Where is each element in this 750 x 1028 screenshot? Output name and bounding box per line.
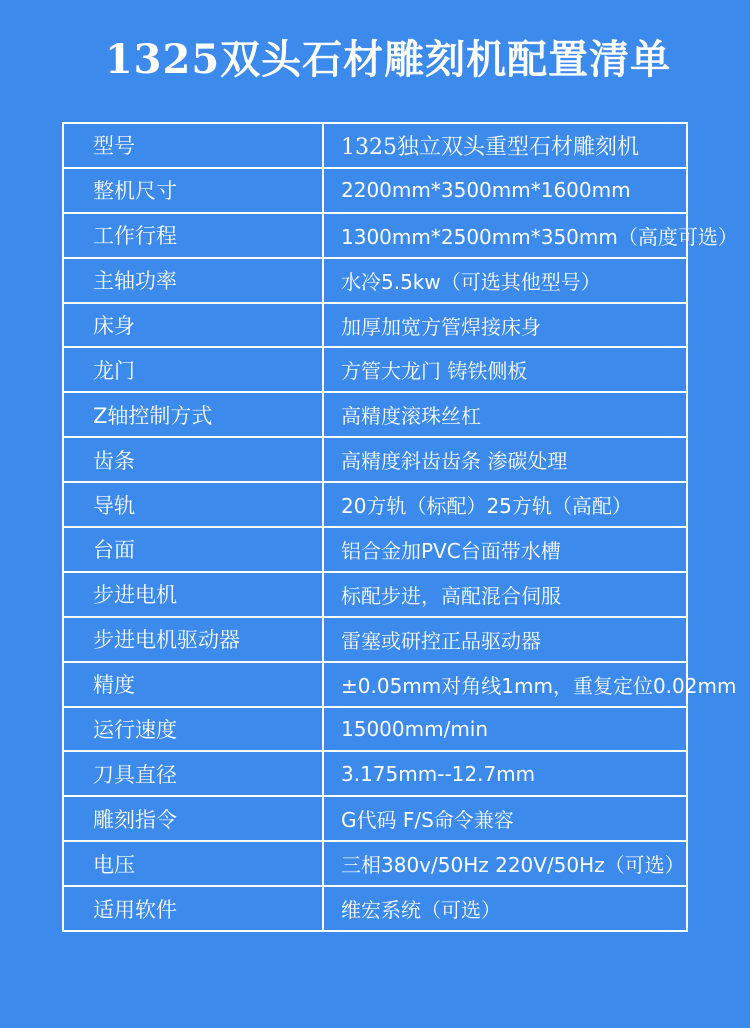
table-row: 步进电机驱动器雷塞或研控正品驱动器 (63, 617, 687, 662)
spec-label-cell: 步进电机驱动器 (63, 617, 323, 662)
table-row: 电压三相380v/50Hz 220V/50Hz（可选） (63, 841, 687, 886)
spec-value-cell: 高精度滚珠丝杠 (323, 392, 687, 437)
spec-label-cell: 刀具直径 (63, 751, 323, 796)
spec-sheet: 1325双头石材雕刻机配置清单 型号1325独立双头重型石材雕刻机整机尺寸220… (0, 0, 750, 1028)
spec-table: 型号1325独立双头重型石材雕刻机整机尺寸2200mm*3500mm*1600m… (62, 122, 688, 932)
table-row: 精度±0.05mm对角线1mm，重复定位0.02mm (63, 662, 687, 707)
spec-value-cell: 高精度斜齿齿条 渗碳处理 (323, 437, 687, 482)
spec-label-cell: 精度 (63, 662, 323, 707)
table-row: 主轴功率水冷5.5kw（可选其他型号） (63, 258, 687, 303)
spec-label-cell: 雕刻指令 (63, 796, 323, 841)
spec-label-cell: 台面 (63, 527, 323, 572)
spec-value-cell: 15000mm/min (323, 707, 687, 752)
spec-value-cell: G代码 F/S命令兼容 (323, 796, 687, 841)
spec-value-cell: 2200mm*3500mm*1600mm (323, 168, 687, 213)
spec-value-cell: 雷塞或研控正品驱动器 (323, 617, 687, 662)
spec-label-cell: 步进电机 (63, 572, 323, 617)
spec-value-cell: 三相380v/50Hz 220V/50Hz（可选） (323, 841, 687, 886)
table-row: 步进电机标配步进，高配混合伺服 (63, 572, 687, 617)
table-row: 雕刻指令G代码 F/S命令兼容 (63, 796, 687, 841)
table-row: 台面铝合金加PVC台面带水槽 (63, 527, 687, 572)
spec-value-cell: 1300mm*2500mm*350mm（高度可选） (323, 213, 687, 258)
table-row: 整机尺寸2200mm*3500mm*1600mm (63, 168, 687, 213)
spec-value-cell: 水冷5.5kw（可选其他型号） (323, 258, 687, 303)
spec-label-cell: 电压 (63, 841, 323, 886)
page-title: 1325双头石材雕刻机配置清单 (0, 38, 750, 82)
spec-value-cell: 铝合金加PVC台面带水槽 (323, 527, 687, 572)
table-row: Z轴控制方式高精度滚珠丝杠 (63, 392, 687, 437)
spec-value-cell: 1325独立双头重型石材雕刻机 (323, 123, 687, 168)
table-row: 型号1325独立双头重型石材雕刻机 (63, 123, 687, 168)
spec-value-cell: 加厚加宽方管焊接床身 (323, 303, 687, 348)
spec-label-cell: 运行速度 (63, 707, 323, 752)
spec-table-body: 型号1325独立双头重型石材雕刻机整机尺寸2200mm*3500mm*1600m… (63, 123, 687, 931)
spec-value-cell: ±0.05mm对角线1mm，重复定位0.02mm (323, 662, 687, 707)
spec-value-cell: 方管大龙门 铸铁侧板 (323, 347, 687, 392)
spec-value-cell: 20方轨（标配）25方轨（高配） (323, 482, 687, 527)
spec-label-cell: 床身 (63, 303, 323, 348)
table-row: 工作行程1300mm*2500mm*350mm（高度可选） (63, 213, 687, 258)
table-row: 龙门方管大龙门 铸铁侧板 (63, 347, 687, 392)
spec-label-cell: 工作行程 (63, 213, 323, 258)
spec-value-cell: 3.175mm--12.7mm (323, 751, 687, 796)
spec-label-cell: 齿条 (63, 437, 323, 482)
spec-label-cell: 主轴功率 (63, 258, 323, 303)
table-row: 床身加厚加宽方管焊接床身 (63, 303, 687, 348)
spec-value-cell: 标配步进，高配混合伺服 (323, 572, 687, 617)
spec-label-cell: 适用软件 (63, 886, 323, 931)
table-row: 导轨20方轨（标配）25方轨（高配） (63, 482, 687, 527)
spec-label-cell: 龙门 (63, 347, 323, 392)
table-row: 适用软件维宏系统（可选） (63, 886, 687, 931)
spec-label-cell: 导轨 (63, 482, 323, 527)
spec-label-cell: Z轴控制方式 (63, 392, 323, 437)
spec-label-cell: 整机尺寸 (63, 168, 323, 213)
table-row: 刀具直径3.175mm--12.7mm (63, 751, 687, 796)
table-row: 运行速度15000mm/min (63, 707, 687, 752)
spec-value-cell: 维宏系统（可选） (323, 886, 687, 931)
table-row: 齿条高精度斜齿齿条 渗碳处理 (63, 437, 687, 482)
spec-label-cell: 型号 (63, 123, 323, 168)
